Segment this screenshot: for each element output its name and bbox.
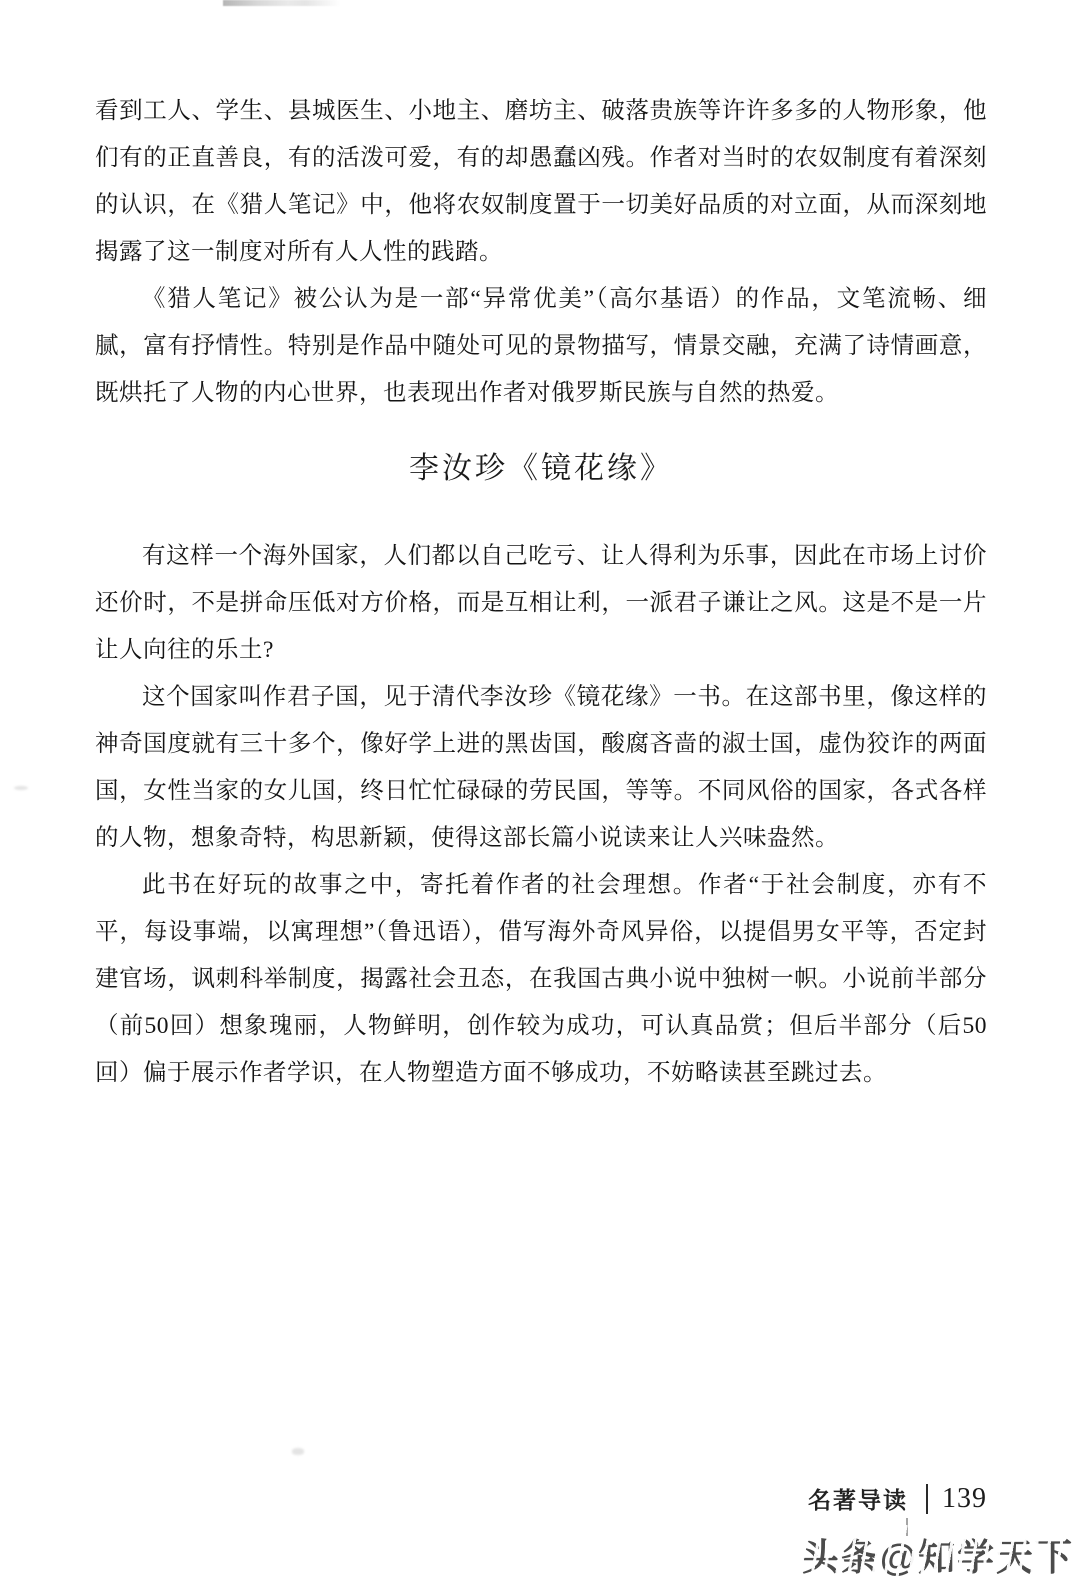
footer-divider-line: [926, 1484, 928, 1514]
paragraph-hunters-sketches-characters: 看到工人、学生、县城医生、小地主、磨坊主、破落贵族等许许多多的人物形象，他们有的…: [95, 88, 987, 276]
footer-section-label: 名著导读: [808, 1482, 908, 1515]
page-body-text: 看到工人、学生、县城医生、小地主、磨坊主、破落贵族等许许多多的人物形象，他们有的…: [95, 88, 987, 1097]
scan-artifact-bottom-area: [292, 1448, 304, 1455]
scan-artifact-left-margin: [14, 786, 28, 790]
paragraph-junzi-country-intro: 有这样一个海外国家，人们都以自己吃亏、让人得利为乐事，因此在市场上讨价还价时，不…: [95, 533, 987, 674]
page-footer: 名著导读 139: [808, 1482, 987, 1515]
scan-artifact-top-edge: [223, 0, 341, 6]
watermark-text: 头条@知学天下: [802, 1537, 1074, 1578]
book-page: 看到工人、学生、县城医生、小地主、磨坊主、破落贵族等许许多多的人物形象，他们有的…: [0, 0, 1080, 1585]
paragraph-author-ideals-comment: 此书在好玩的故事之中，寄托着作者的社会理想。作者“于社会制度，亦有不平，每设事端…: [95, 862, 987, 1097]
paragraph-strange-countries: 这个国家叫作君子国，见于清代李汝珍《镜花缘》一书。在这部书里，像这样的神奇国度就…: [95, 674, 987, 862]
footer-page-number: 139: [942, 1483, 987, 1515]
paragraph-hunters-sketches-style: 《猎人笔记》被公认为是一部“异常优美”（高尔基语）的作品，文笔流畅、细腻，富有抒…: [95, 276, 987, 417]
toutiao-watermark: 头条@知学天下: [798, 1525, 1078, 1583]
section-heading-jinghuayuan: 李汝珍《镜花缘》: [95, 443, 987, 487]
